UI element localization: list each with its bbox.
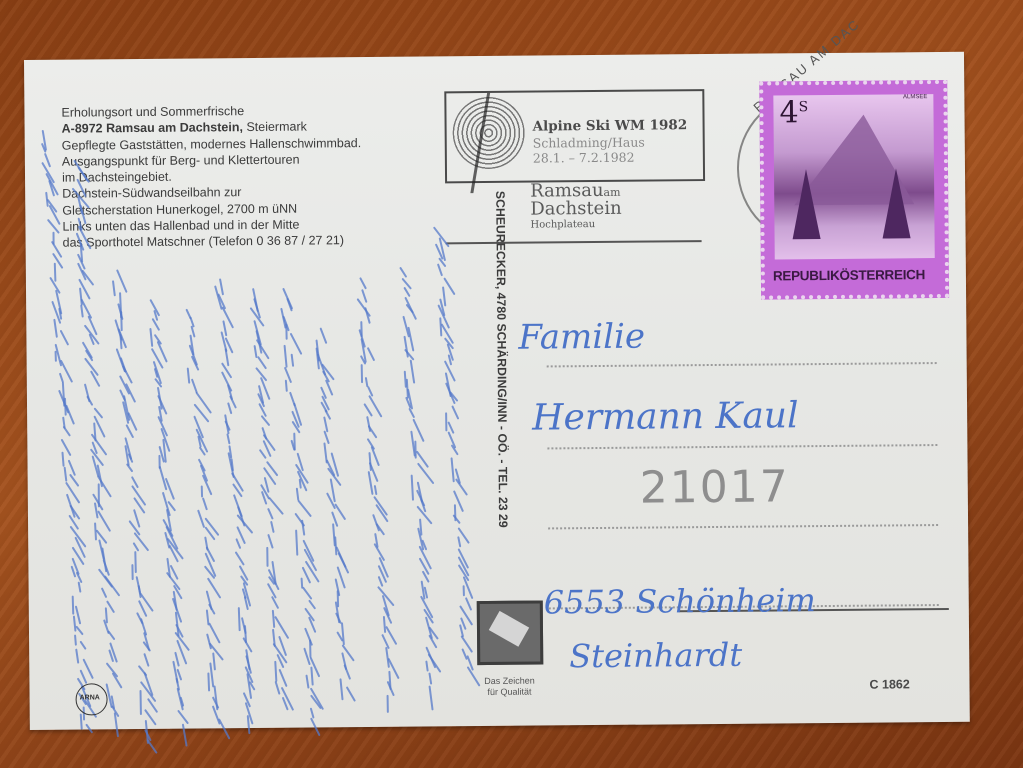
handwriting-stroke	[409, 360, 415, 384]
handwriting-stroke	[346, 686, 356, 702]
handwritten-message	[34, 96, 469, 720]
handwriting-stroke	[412, 419, 425, 443]
handwriting-stroke	[54, 350, 56, 361]
handwriting-stroke	[238, 607, 241, 631]
handwriting-stroke	[134, 551, 137, 573]
handwriting-stroke	[452, 515, 460, 525]
handwriting-stroke	[289, 333, 302, 356]
handwriting-stroke	[339, 678, 343, 700]
publisher-imprint: SCHEURECKER, 4780 SCHÄRDING/INN - OÖ. - …	[493, 191, 510, 591]
handwriting-stroke	[457, 536, 461, 547]
handwriting-stroke	[208, 643, 223, 661]
handwriting-stroke	[235, 538, 241, 549]
handwriting-stroke	[68, 459, 76, 475]
handwriting-stroke	[201, 486, 203, 498]
handwriting-stroke	[301, 519, 305, 535]
stamp-country: REPUBLIKÖSTERREICH	[773, 267, 925, 283]
handwriting-stroke	[257, 356, 267, 370]
handwriting-stroke	[267, 508, 274, 520]
address-line	[547, 444, 937, 449]
handwriting-stroke	[242, 637, 252, 652]
town-name-2: Dachstein	[530, 201, 621, 218]
handwriting-stroke	[61, 452, 64, 467]
address-recipient-name: Hermann Kaul	[532, 395, 799, 438]
handwriting-stroke	[261, 415, 271, 426]
postcard: Erholungsort und Sommerfrische A-8972 Ra…	[24, 52, 970, 730]
handwriting-stroke	[106, 600, 115, 613]
handwriting-stroke	[278, 668, 287, 686]
handwriting-stroke	[108, 630, 116, 640]
handwriting-stroke	[225, 420, 231, 430]
postmark-place: Schladming/Haus	[533, 135, 645, 151]
handwriting-stroke	[360, 277, 368, 289]
handwriting-stroke	[426, 660, 429, 671]
handwriting-stroke	[310, 667, 313, 686]
handwriting-stroke	[400, 267, 408, 278]
slogan-postmark: Alpine Ski WM 1982 Schladming/Haus 28.1.…	[444, 89, 705, 183]
pencil-note: 21017	[640, 461, 790, 513]
handwriting-stroke	[427, 653, 441, 672]
handwriting-stroke	[451, 405, 459, 419]
town-postmark: Ramsauam Dachstein Hochplateau	[530, 183, 622, 234]
handwriting-stroke	[383, 616, 386, 633]
address-city: 6553 Schönheim	[544, 581, 816, 621]
handwriting-stroke	[227, 402, 232, 414]
publisher-text: SCHEURECKER, 4780 SCHÄRDING/INN - OÖ. - …	[493, 191, 510, 528]
handwriting-stroke	[219, 278, 224, 295]
handwriting-stroke	[207, 577, 222, 598]
handwriting-stroke	[75, 626, 84, 636]
handwriting-stroke	[64, 467, 68, 482]
handwriting-stroke	[443, 277, 456, 295]
handwriting-stroke	[370, 446, 380, 467]
handwriting-stroke	[223, 320, 228, 336]
handwriting-stroke	[258, 449, 266, 459]
handwriting-stroke	[284, 344, 288, 367]
handwriting-stroke	[360, 364, 362, 383]
handwriting-stroke	[116, 269, 127, 292]
address-line	[547, 362, 937, 367]
handwriting-stroke	[319, 327, 327, 343]
handwriting-stroke	[187, 368, 191, 384]
handwriting-stroke	[297, 500, 312, 518]
handwriting-stroke	[306, 675, 310, 689]
handwriting-stroke	[411, 475, 414, 501]
handwriting-stroke	[178, 709, 190, 724]
handwriting-stroke	[295, 529, 298, 555]
address-recipient-title: Familie	[518, 317, 645, 358]
handwriting-stroke	[53, 263, 56, 282]
handwriting-stroke	[202, 498, 208, 511]
handwriting-stroke	[143, 653, 149, 667]
handwriting-stroke	[227, 433, 231, 444]
handwriting-stroke	[140, 690, 142, 715]
handwriting-stroke	[428, 672, 432, 685]
handwriting-stroke	[197, 510, 205, 528]
stamp-motif-label: ALMSEE	[903, 94, 927, 100]
quality-mark-text: Das Zeichen für Qualität	[469, 675, 549, 698]
handwriting-stroke	[65, 405, 75, 425]
handwriting-stroke	[101, 587, 107, 597]
stamp-value: 4S	[779, 95, 808, 130]
handwriting-stroke	[97, 511, 111, 532]
handwriting-stroke	[274, 661, 277, 682]
handwriting-stroke	[72, 615, 76, 631]
handwriting-stroke	[407, 327, 414, 352]
handwriting-stroke	[75, 648, 79, 663]
handwriting-stroke	[367, 347, 376, 362]
handwriting-stroke	[437, 264, 443, 277]
handwriting-stroke	[285, 324, 287, 340]
handwriting-stroke	[462, 586, 464, 597]
handwriting-stroke	[213, 653, 217, 671]
handwriting-stroke	[287, 297, 294, 311]
handwriting-stroke	[465, 597, 472, 611]
divider	[446, 240, 702, 244]
handwriting-stroke	[386, 695, 388, 713]
handwriting-stroke	[374, 485, 378, 495]
handwriting-stroke	[274, 616, 289, 639]
tree-icon	[792, 169, 821, 239]
card-code: C 1862	[869, 677, 909, 691]
handwriting-stroke	[224, 348, 229, 366]
handwriting-stroke	[334, 503, 346, 520]
handwriting-stroke	[62, 426, 70, 437]
handwriting-stroke	[235, 551, 245, 566]
postmark-dates: 28.1. – 7.2.1982	[533, 150, 635, 166]
quality-mark-icon	[477, 600, 544, 665]
handwriting-stroke	[112, 280, 116, 296]
handwriting-stroke	[428, 686, 433, 711]
town-subtitle: Hochplateau	[530, 217, 621, 234]
handwriting-stroke	[79, 641, 86, 650]
handwriting-stroke	[74, 635, 77, 646]
postmark-title: Alpine Ski WM 1982	[533, 117, 688, 134]
address-street: Steinhardt	[569, 636, 742, 676]
handwriting-stroke	[150, 327, 154, 346]
handwriting-stroke	[132, 542, 139, 552]
handwriting-stroke	[131, 564, 133, 580]
postage-stamp: 4S ALMSEE REPUBLIKÖSTERREICH	[759, 80, 949, 300]
tree-icon	[882, 168, 911, 238]
publisher-logo-icon: ARNA	[75, 683, 107, 715]
handwriting-stroke	[59, 330, 69, 346]
handwriting-stroke	[408, 408, 415, 419]
handwriting-stroke	[344, 664, 352, 680]
address-line	[548, 524, 938, 529]
handwriting-stroke	[361, 289, 367, 303]
handwriting-stroke	[302, 586, 313, 599]
handwriting-stroke	[96, 529, 108, 543]
handwriting-stroke	[231, 459, 235, 473]
handwriting-stroke	[290, 354, 294, 367]
handwriting-stroke	[308, 599, 316, 609]
handwriting-stroke	[325, 410, 332, 421]
handwriting-stroke	[285, 380, 288, 392]
handwriting-stroke	[270, 521, 275, 533]
handwriting-stroke	[120, 312, 123, 332]
handwriting-stroke	[266, 547, 268, 567]
handwriting-stroke	[71, 595, 74, 614]
